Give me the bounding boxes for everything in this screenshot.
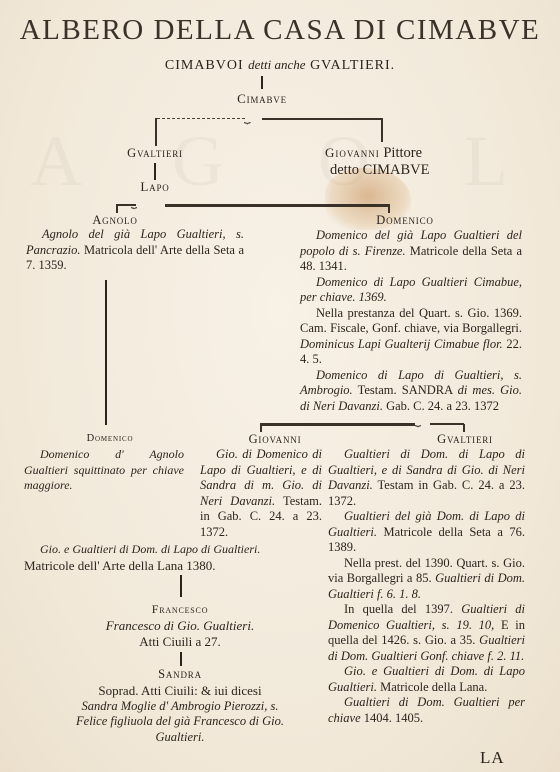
francesco-record-italic: Francesco di Gio. Gualtieri.: [70, 618, 290, 634]
node-gualtieri-gen4: Gvaltieri: [410, 432, 520, 447]
subtitle-alt-name: GVALTIERI.: [310, 58, 395, 73]
node-domenico: Domenico: [350, 213, 460, 228]
brace-mark: ⏟: [244, 112, 251, 125]
tree-line: [116, 205, 118, 213]
gualtieri-p6-roman: 1404. 1405.: [364, 711, 423, 725]
show-through-text: A G O L O A: [30, 120, 560, 203]
tree-line: [260, 423, 415, 426]
domenico-record: Domenico del già Lapo Gualtieri del popo…: [300, 228, 522, 414]
domenico-p3-roman: Nella prestanza del Quart. s. Gio. 1369.…: [300, 306, 522, 336]
tree-line: [261, 76, 263, 89]
francesco-record: Francesco di Gio. Gualtieri. Atti Ciuili…: [70, 618, 290, 650]
brace-mark: ⏟: [131, 198, 137, 209]
tree-line: [388, 204, 390, 213]
node-domenico-agnolo: Domenico: [60, 433, 160, 444]
tree-line: [463, 424, 465, 432]
gualtieri-record: Gualtieri di Dom. di Lapo di Gualtieri, …: [328, 447, 525, 726]
node-lapo: Lapo: [115, 179, 195, 195]
node-agnolo: Agnolo: [70, 213, 160, 228]
joint-note-roman: Matricole dell' Arte della Lana 1380.: [24, 558, 324, 574]
subtitle-family-name: CIMABVOI: [165, 58, 244, 73]
tree-line: [154, 163, 156, 180]
node-giovanni: Giovanni: [220, 432, 330, 447]
tree-line: [180, 575, 182, 597]
tree-line: [180, 652, 182, 666]
domenico-p3-italic: Dominicus Lapi Gualterij Cimabue flor.: [300, 337, 503, 351]
node-giovanni-cimabue: Giovanni Pittore detto CIMABVE: [325, 144, 429, 179]
domenico-agnolo-record: Domenico d' Agnolo Gualtieri squittinato…: [24, 447, 184, 494]
sandra-record-italic: Sandra Moglie d' Ambrogio Pierozzi, s. F…: [74, 699, 286, 746]
giovanni-name: Giovanni: [325, 145, 380, 160]
tree-line: [105, 280, 107, 425]
gualtieri-p5-roman: Matricole della Lana.: [380, 680, 487, 694]
gualtieri-p4-roman-a: In quella del 1397.: [344, 602, 453, 616]
tree-line: [155, 118, 157, 146]
giovanni-nickname: detto CIMABVE: [325, 162, 429, 178]
tree-line: [430, 423, 464, 425]
node-cimabue-root: Cimabve: [200, 91, 324, 107]
tree-line: [262, 118, 382, 120]
sandra-record: Soprad. Atti Ciuili: & iui dicesi Sandra…: [74, 683, 286, 745]
domenico-agnolo-text: Domenico d' Agnolo Gualtieri squittinato…: [24, 447, 184, 494]
node-francesco: Francesco: [120, 602, 240, 617]
subtitle: CIMABVOI detti anche GVALTIERI.: [0, 57, 560, 74]
node-gualtieri: Gvaltieri: [110, 146, 200, 161]
joint-note: Gio. e Gualtieri di Dom. di Lapo di Gual…: [24, 542, 324, 573]
francesco-record-roman: Atti Ciuili a 27.: [70, 634, 290, 650]
subtitle-connector: detti anche: [248, 57, 305, 72]
giovanni-desc: Pittore: [383, 145, 422, 161]
catchword: LA: [480, 748, 505, 768]
domenico-p4-roman-a: Testam. SANDRA: [358, 383, 453, 397]
tree-line: [381, 118, 383, 142]
domenico-p2: Domenico di Lapo Gualtieri Cimabue, per …: [300, 275, 522, 306]
node-sandra: Sandra: [120, 667, 240, 682]
sandra-record-roman: Soprad. Atti Ciuili: & iui dicesi: [74, 683, 286, 699]
tree-line: [165, 204, 389, 207]
gualtieri-p6-italic: Gualtieri di Dom. Gualtieri per chiave: [328, 695, 525, 725]
giovanni-record: Gio. di Domenico di Lapo di Gualtieri, e…: [200, 447, 322, 540]
agnolo-record: Agnolo del già Lapo Gualtieri, s. Pancra…: [26, 227, 244, 274]
joint-note-italic: Gio. e Gualtieri di Dom. di Lapo di Gual…: [24, 542, 324, 558]
brace-mark: ⏟: [415, 416, 421, 427]
tree-line-dashed: [157, 118, 245, 119]
page-title: ALBERO DELLA CASA DI CIMABVE: [0, 14, 560, 47]
domenico-p4-roman-b: Gab. C. 24. a 23. 1372: [386, 399, 499, 413]
